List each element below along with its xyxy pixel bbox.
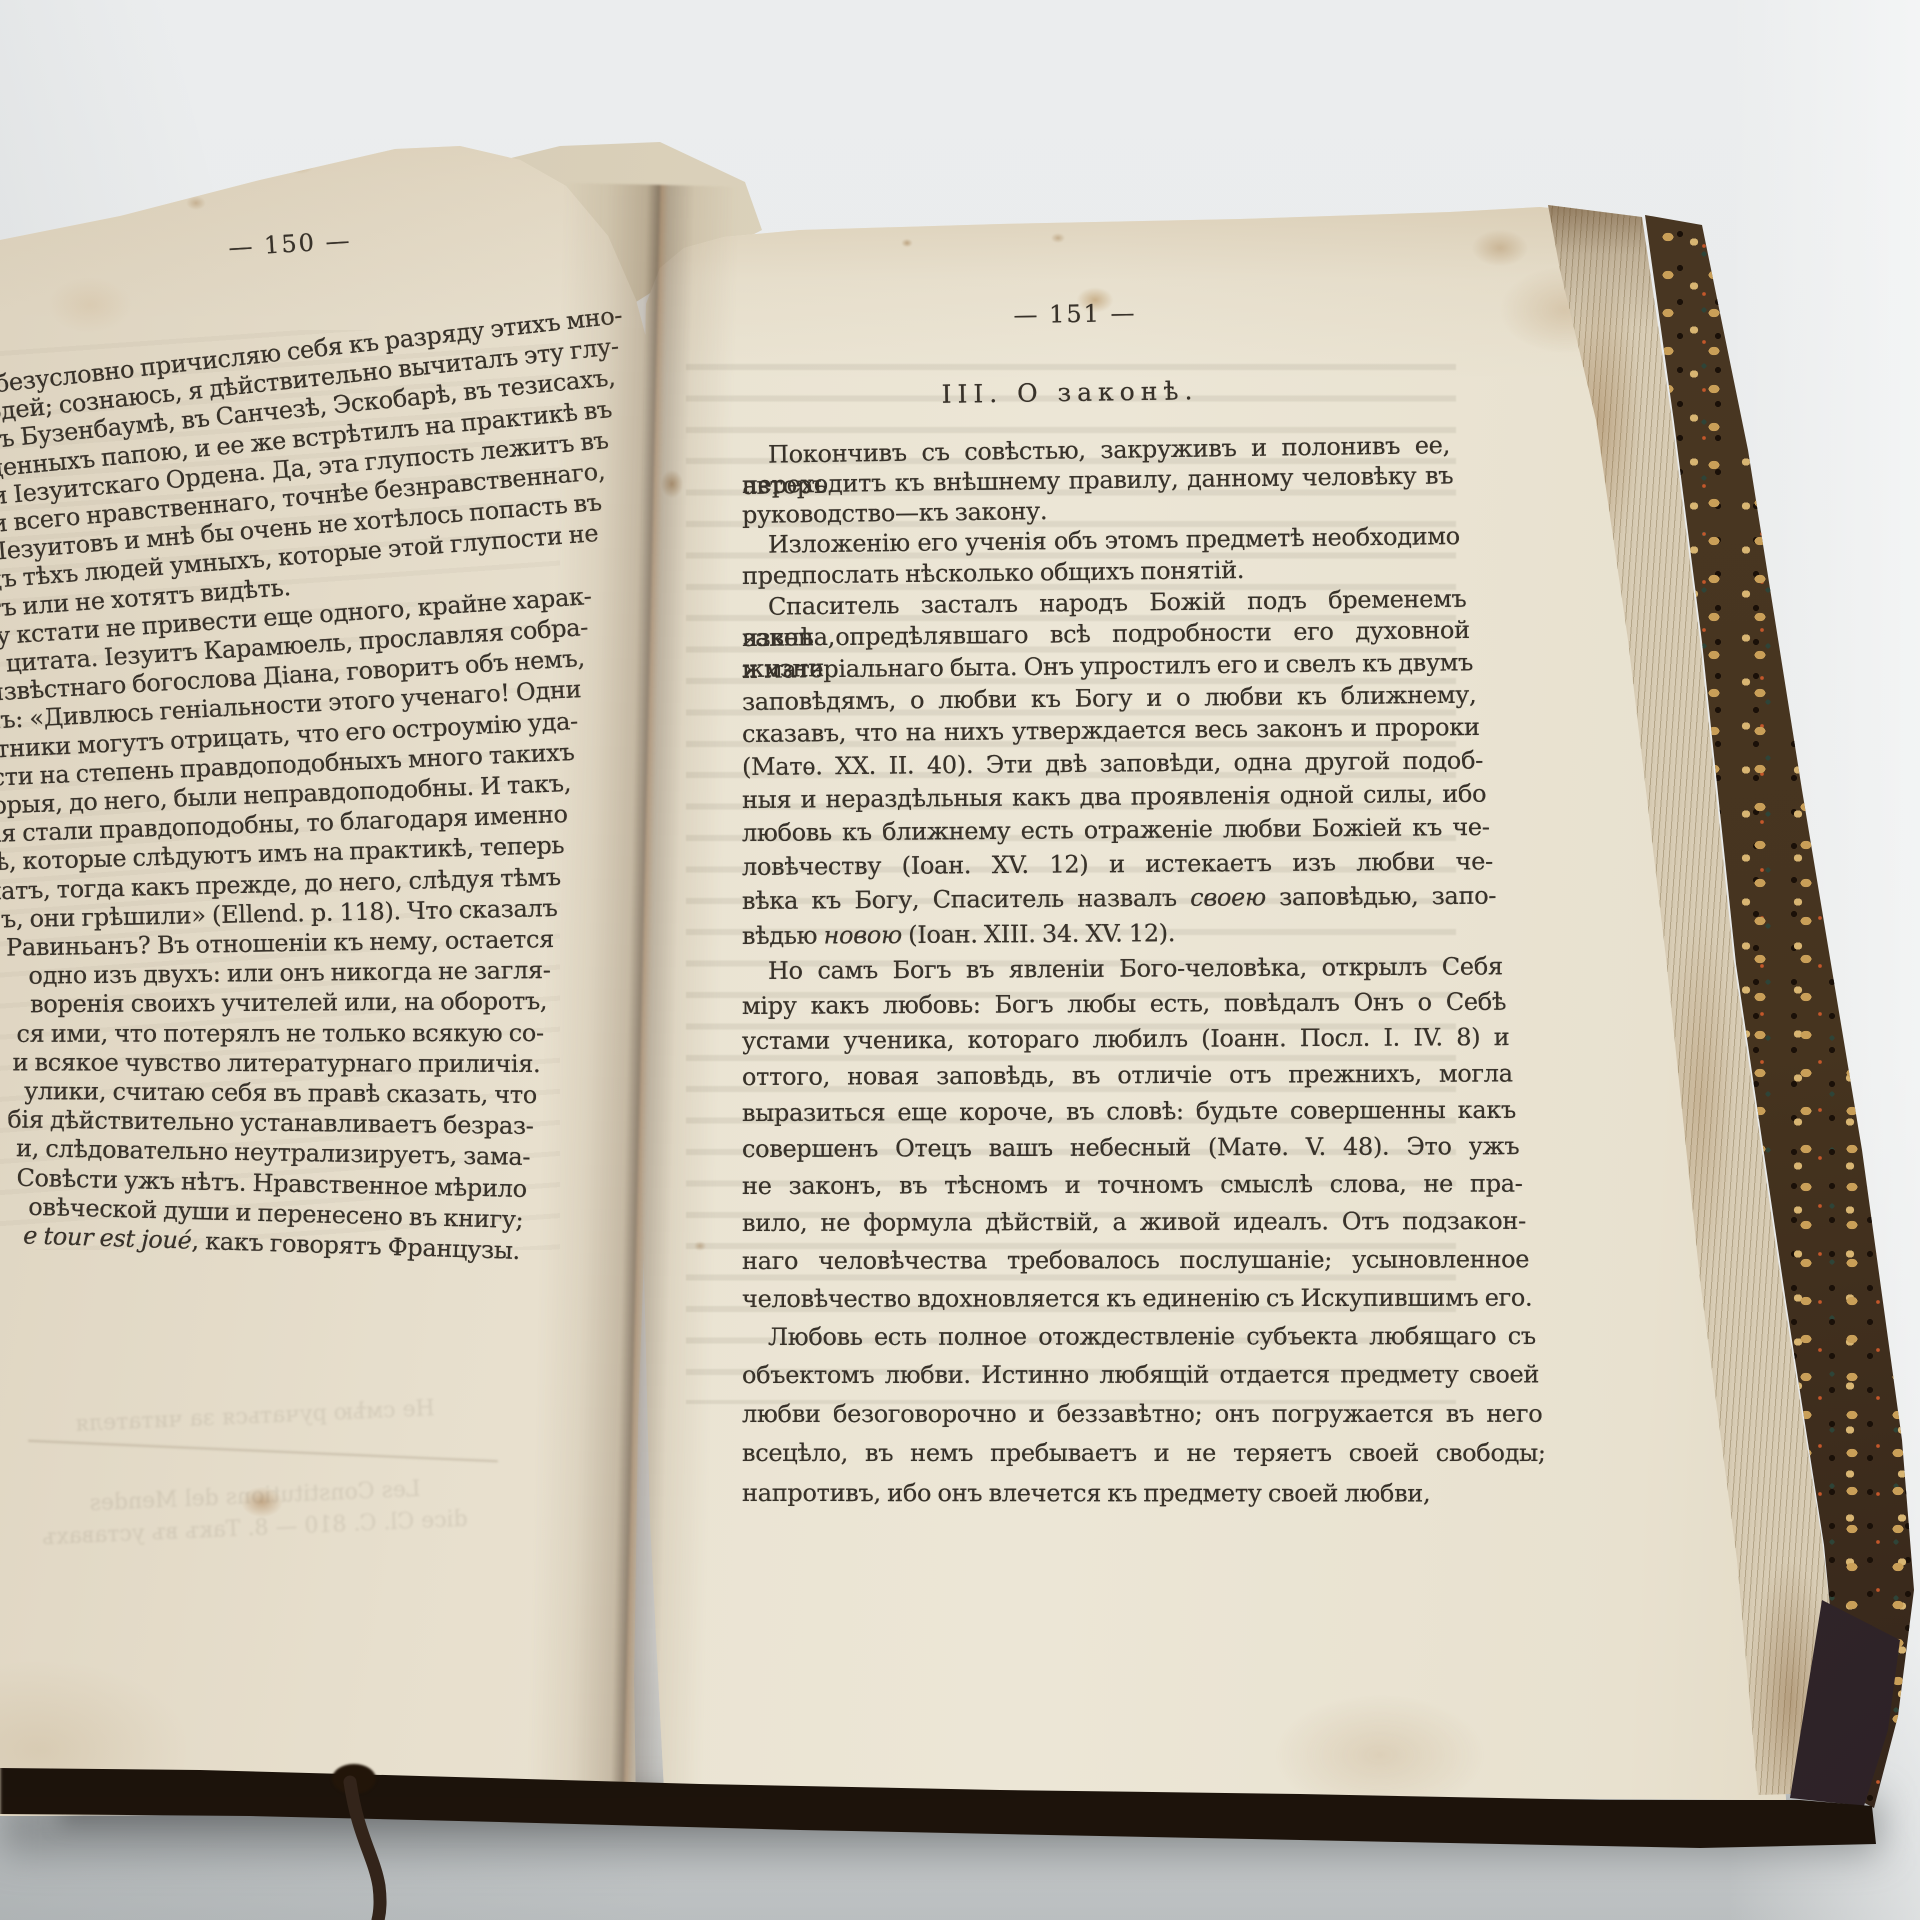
photo-open-antique-book: — 150 — ня, то я безусловно причисляю се…	[0, 0, 1920, 1920]
bookmark-cord	[0, 0, 1920, 1920]
